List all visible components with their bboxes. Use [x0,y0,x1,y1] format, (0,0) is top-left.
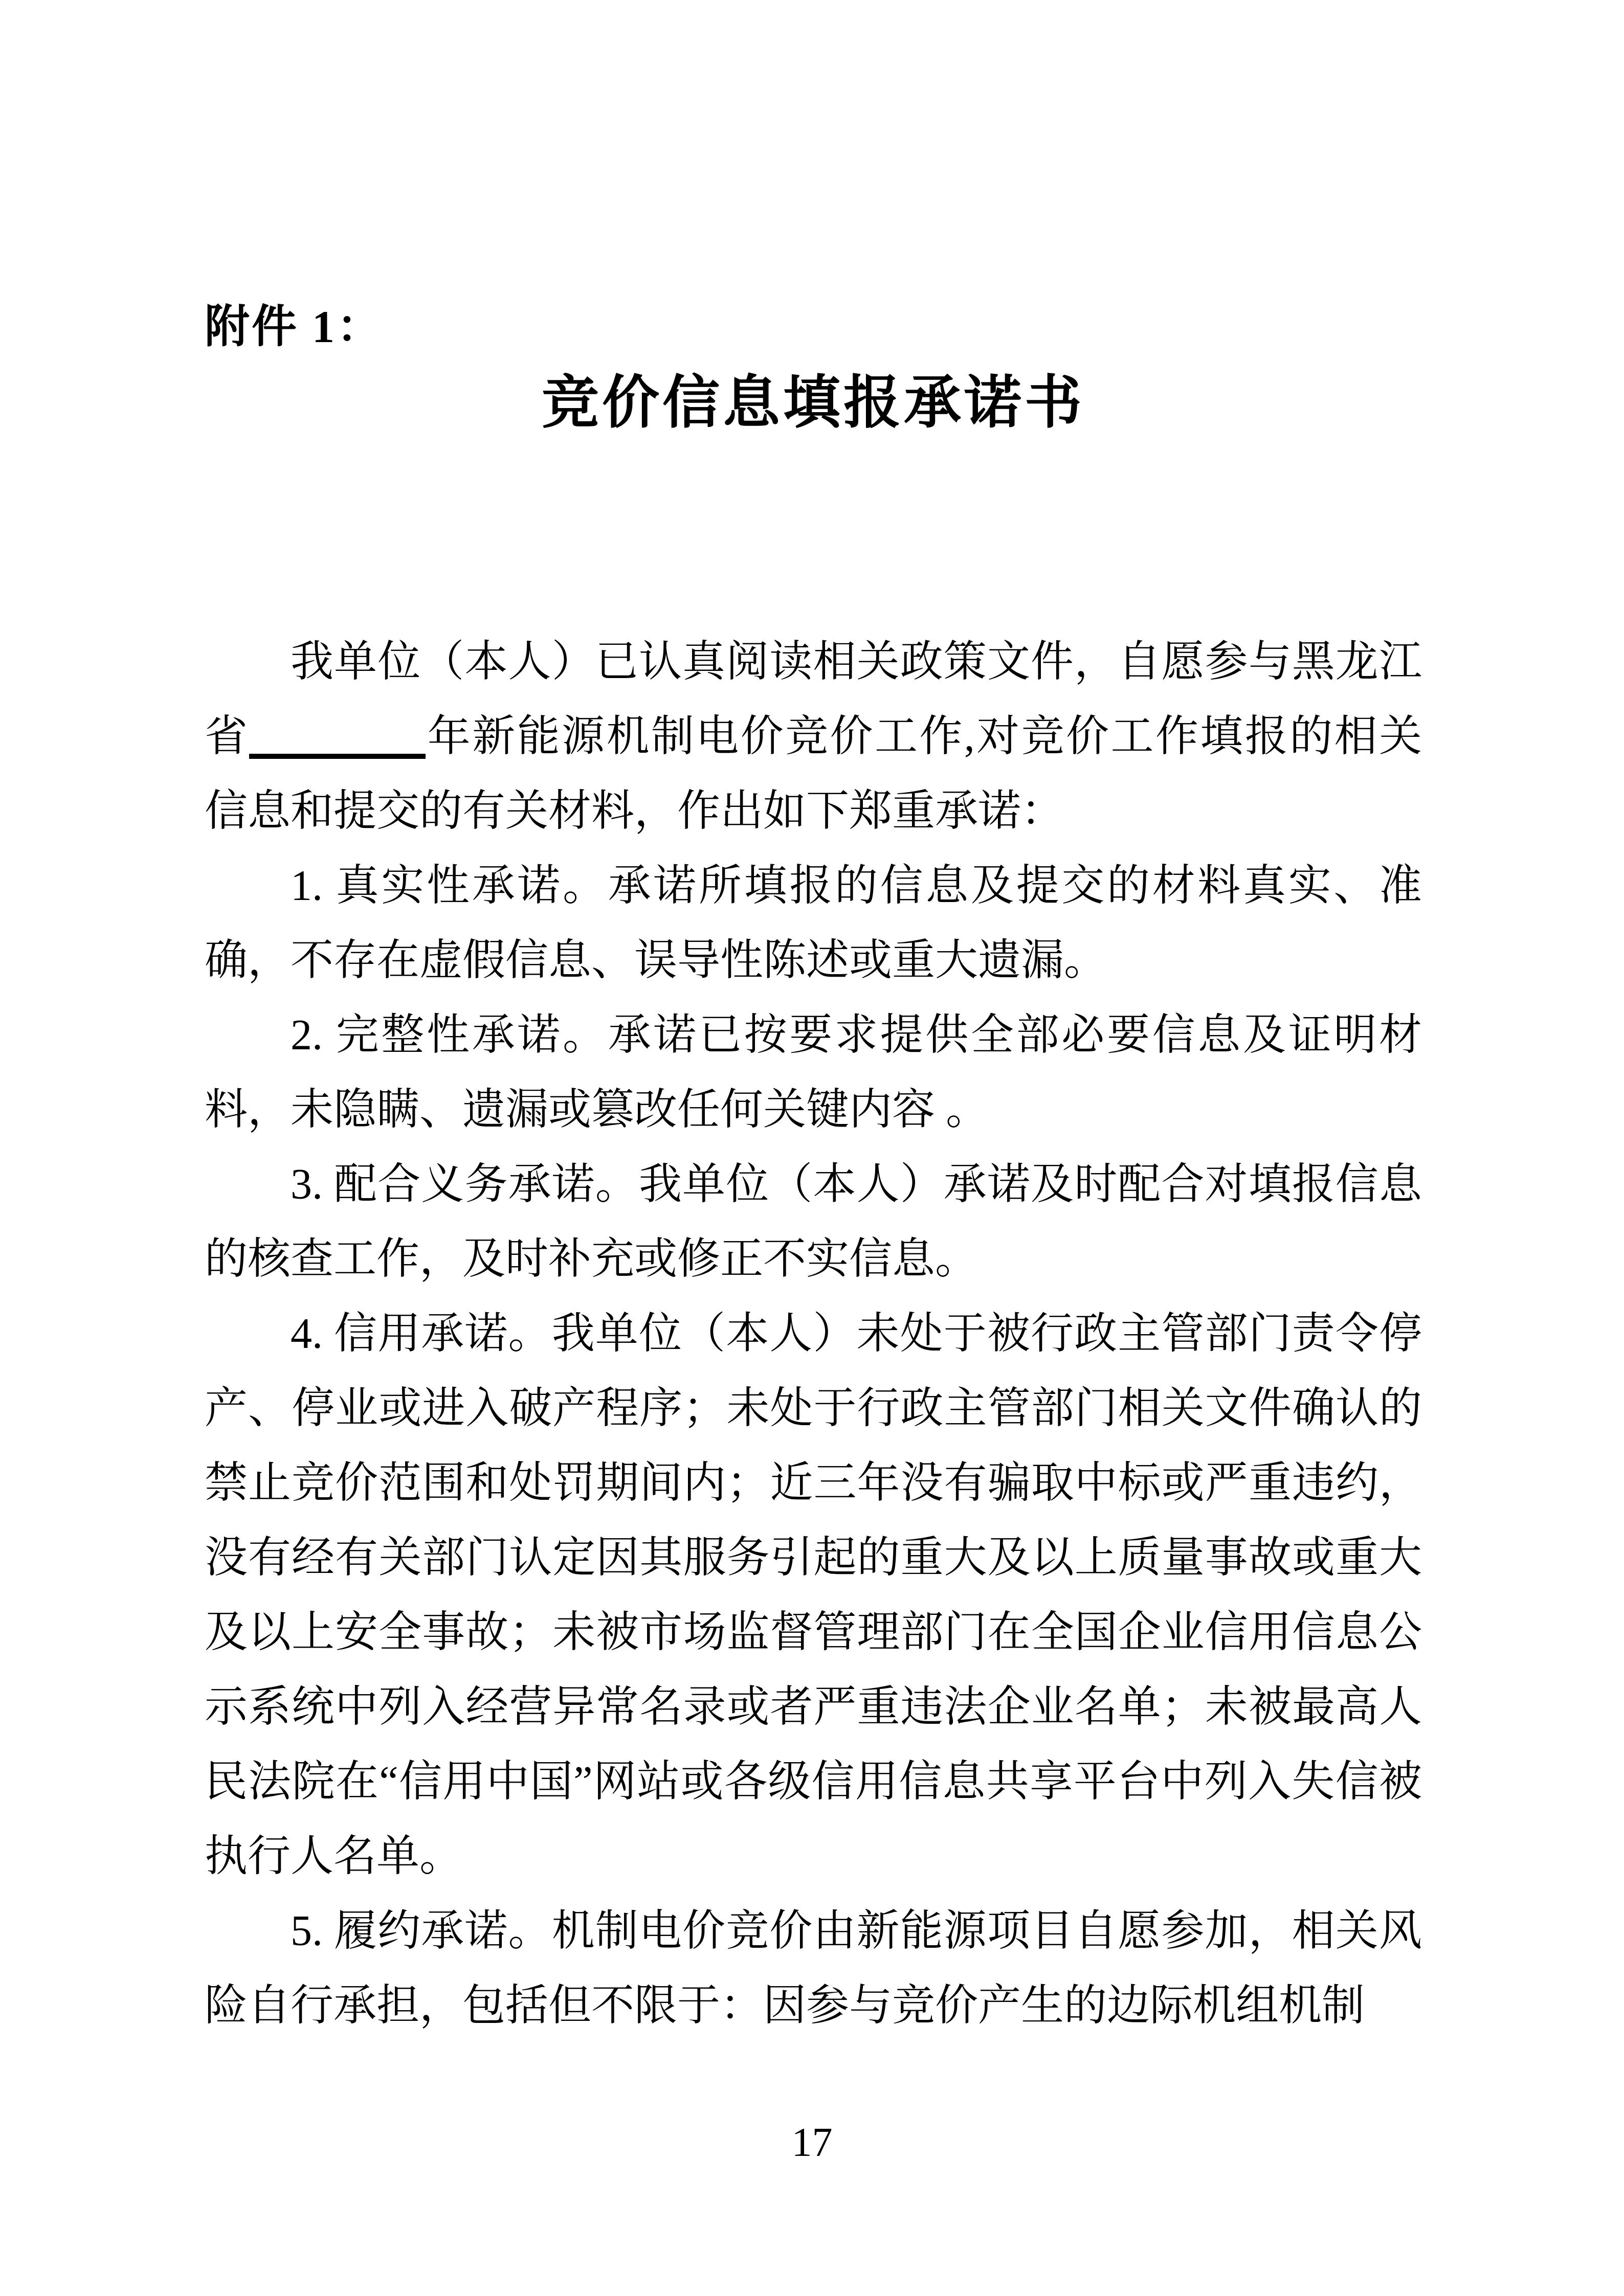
attachment-label: 附件 1： [205,299,1422,355]
paragraph: 我单位（本人）已认真阅读相关政策文件，自愿参与黑龙江省年新能源机制电价竞价工作,… [205,625,1422,849]
paragraph: 3. 配合义务承诺。我单位（本人）承诺及时配合对填报信息的核查工作，及时补充或修… [205,1147,1422,1297]
document-page: 附件 1： 竞价信息填报承诺书 我单位（本人）已认真阅读相关政策文件，自愿参与黑… [0,0,1624,2296]
page-number: 17 [0,2114,1624,2171]
paragraph: 4. 信用承诺。我单位（本人）未处于被行政主管部门责令停产、停业或进入破产程序；… [205,1297,1422,1894]
paragraphs: 我单位（本人）已认真阅读相关政策文件，自愿参与黑龙江省年新能源机制电价竞价工作,… [205,625,1422,2043]
document-content: 附件 1： 竞价信息填报承诺书 我单位（本人）已认真阅读相关政策文件，自愿参与黑… [205,299,1422,2043]
fill-in-blank-line [249,748,426,759]
paragraph: 5. 履约承诺。机制电价竞价由新能源项目自愿参加，相关风险自行承担，包括但不限于… [205,1894,1422,2043]
document-title: 竞价信息填报承诺书 [205,367,1422,441]
paragraph: 2. 完整性承诺。承诺已按要求提供全部必要信息及证明材料，未隐瞒、遗漏或篡改任何… [205,998,1422,1147]
paragraph: 1. 真实性承诺。承诺所填报的信息及提交的材料真实、准确，不存在虚假信息、误导性… [205,849,1422,998]
